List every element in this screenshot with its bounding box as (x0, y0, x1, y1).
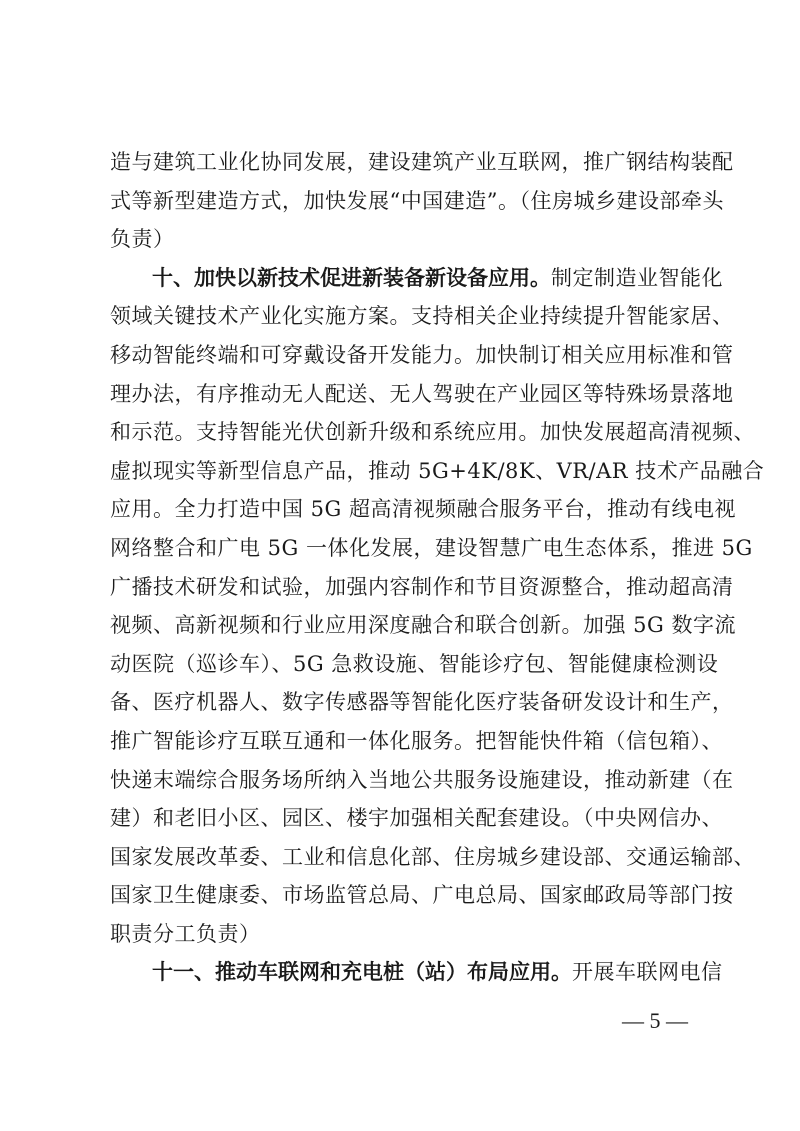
body-line-16: 推广智能诊疗互联互通和一体化服务。把智能快件箱（信包箱）、 (110, 722, 692, 761)
body-line-18: 建）和老旧小区、园区、楼宇加强相关配套建设。（中央网信办、 (110, 799, 692, 838)
body-line-1: 造与建筑工业化协同发展，建设建筑产业互联网，推广钢结构装配 (110, 143, 692, 182)
body-line-9: 虚拟现实等新型信息产品，推动 5G+4K/8K、VR/AR 技术产品融合 (110, 452, 692, 491)
body-line-12: 广播技术研发和试验，加强内容制作和节目资源整合，推动超高清 (110, 568, 692, 607)
body-line-14: 动医院（巡诊车）、5G 急救设施、智能诊疗包、智能健康检测设 (110, 645, 692, 684)
section-11-lead-text: 开展车联网电信 (572, 960, 723, 984)
body-line-11: 网络整合和广电 5G 一体化发展，建设智慧广电生态体系，推进 5G (110, 529, 692, 568)
body-line-21: 职责分工负责） (110, 915, 692, 954)
body-line-3: 负责） (110, 220, 692, 259)
body-line-6: 移动智能终端和可穿戴设备开发能力。加快制订相关应用标准和管 (110, 336, 692, 375)
body-line-17: 快递末端综合服务场所纳入当地公共服务设施建设，推动新建（在 (110, 761, 692, 800)
section-11-heading-line: 十一、推动车联网和充电桩（站）布局应用。开展车联网电信 (110, 953, 692, 992)
body-line-13: 视频、高新视频和行业应用深度融合和联合创新。加强 5G 数字流 (110, 606, 692, 645)
body-line-2: 式等新型建造方式，加快发展“中国建造”。（住房城乡建设部牵头 (110, 182, 692, 221)
body-line-7: 理办法，有序推动无人配送、无人驾驶在产业园区等特殊场景落地 (110, 375, 692, 414)
section-10-heading: 十、加快以新技术促进新装备新设备应用。 (152, 266, 551, 290)
section-11-heading: 十一、推动车联网和充电桩（站）布局应用。 (152, 960, 572, 984)
body-line-10: 应用。全力打造中国 5G 超高清视频融合服务平台，推动有线电视 (110, 490, 692, 529)
document-body: 造与建筑工业化协同发展，建设建筑产业互联网，推广钢结构装配 式等新型建造方式，加… (110, 143, 692, 992)
section-10-lead-text: 制定制造业智能化 (551, 266, 723, 290)
body-line-15: 备、医疗机器人、数字传感器等智能化医疗装备研发设计和生产， (110, 683, 692, 722)
body-line-5: 领域关键技术产业化实施方案。支持相关企业持续提升智能家居、 (110, 297, 692, 336)
section-10-heading-line: 十、加快以新技术促进新装备新设备应用。制定制造业智能化 (110, 259, 692, 298)
body-line-20: 国家卫生健康委、市场监管总局、广电总局、国家邮政局等部门按 (110, 876, 692, 915)
body-line-8: 和示范。支持智能光伏创新升级和系统应用。加快发展超高清视频、 (110, 413, 692, 452)
page-number: — 5 — (618, 1008, 692, 1034)
body-line-19: 国家发展改革委、工业和信息化部、住房城乡建设部、交通运输部、 (110, 838, 692, 877)
